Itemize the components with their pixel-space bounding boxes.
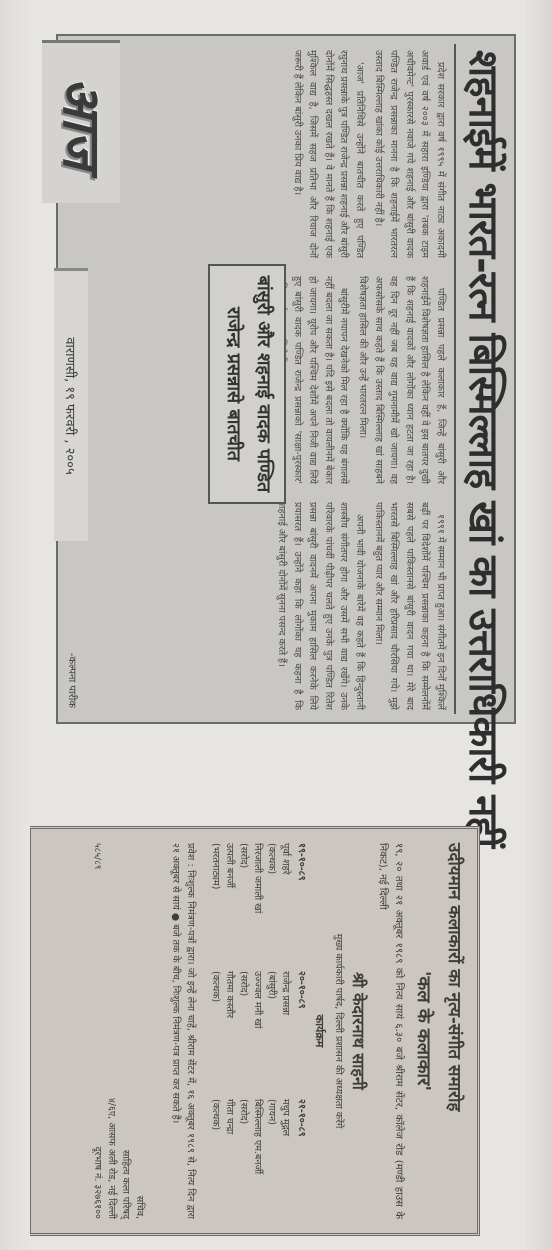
programme-item: निरजाली जमाली खां bbox=[250, 843, 264, 963]
announcement-code: ५८५/८९ bbox=[90, 843, 104, 869]
programme-item: उत्पली बनर्जी bbox=[222, 843, 236, 963]
chief-guest-note: मुख्य कार्यकारी पार्षद, दिल्ली प्रशासन क… bbox=[333, 843, 346, 1219]
programme-item: (कत्थक) bbox=[208, 1099, 222, 1219]
programme-item: गीता चन्द्रा bbox=[222, 1099, 236, 1219]
signature-block: सचिव, साहित्य कला परिषद् ४/६ए, आसफ अली र… bbox=[90, 1098, 146, 1219]
programme-item: (भरतनाट्यम) bbox=[208, 843, 222, 963]
programme-item: पूर्वा शहरे bbox=[278, 843, 292, 963]
entry-note: प्रवेश : निःशुल्क निमंत्रण-पत्रों द्वारा… bbox=[168, 843, 198, 1219]
newspaper-dateline: वाराणसी, १९ फरवरी , २००५ bbox=[54, 268, 88, 541]
programme-item: (गायन) bbox=[264, 1099, 278, 1219]
programme-item: बिस्मिल्लाह एम.बनर्जी bbox=[250, 1099, 264, 1219]
newspaper-masthead: आज bbox=[42, 40, 120, 203]
article-inset-box: बांसुरी और शहनाई वादक पण्डित राजेन्द्र प… bbox=[208, 264, 286, 504]
programme-date: २०-१०-८९ bbox=[294, 971, 308, 1091]
article-paragraph: पण्डित प्रसन्ना पहले कलाकार हैं, जिन्हें… bbox=[354, 276, 448, 484]
newspaper-article-clipping: शहनाईमें भारत-रत्न बिस्मिल्लाह खां का उत… bbox=[56, 34, 516, 724]
programme-item: (कत्थक) bbox=[208, 971, 222, 1091]
announcement-footer: ५८५/८९ सचिव, साहित्य कला परिषद् ४/६ए, आस… bbox=[90, 843, 146, 1219]
programme-item: (सरोद) bbox=[236, 843, 250, 963]
programme-item: (कत्थक) bbox=[264, 843, 278, 963]
programme-day: १९-१०-८९ पूर्वा शहरे (कत्थक) निरजाली जमा… bbox=[208, 843, 308, 963]
headline-rule bbox=[454, 44, 456, 714]
inset-line-2: राजेन्द्र प्रसन्नासे बातचीत bbox=[218, 266, 248, 502]
article-byline: -कल्पना पारीक bbox=[66, 653, 80, 708]
programme-item: मधुप मुद्गल bbox=[278, 1099, 292, 1219]
signature-phone: दूरभाष नं. ३२७६१०० bbox=[90, 1098, 104, 1219]
article-paragraph: १९९१ में सम्मान भी प्राप्त हुआ। संगीतमें… bbox=[370, 502, 448, 710]
article-paragraph: प्रदेश सरकार द्वारा वर्ष १९९५ में संगीत … bbox=[370, 50, 448, 258]
programme-date: १९-१०-८९ bbox=[294, 843, 308, 963]
event-announcement-clipping: उदीयमान कलाकारों का नृत्य-संगीत समारोह '… bbox=[28, 826, 480, 1236]
programme-item: उज्ज्वल मनी खां bbox=[250, 971, 264, 1091]
programme-item: (बांसुरी) bbox=[264, 971, 278, 1091]
event-title: उदीयमान कलाकारों का नृत्य-संगीत समारोह bbox=[444, 843, 467, 1219]
programme-item: (सरोद) bbox=[236, 971, 250, 1091]
inset-line-1: बांसुरी और शहनाई वादक पण्डित bbox=[248, 266, 278, 502]
event-subtitle: 'कल के कलाकार' bbox=[412, 843, 436, 1219]
programme-item: राजेन्द्र प्रसन्ना bbox=[278, 971, 292, 1091]
signature-address: ४/६ए, आसफ अली रोड, नई दिल्ली bbox=[104, 1098, 118, 1219]
programme-schedule: १९-१०-८९ पूर्वा शहरे (कत्थक) निरजाली जमा… bbox=[208, 843, 308, 1219]
programme-day: २१-१०-८९ मधुप मुद्गल (गायन) बिस्मिल्लाह … bbox=[208, 1099, 308, 1219]
signature-label: सचिव, bbox=[132, 1098, 146, 1219]
programme-item: (सरोद) bbox=[236, 1099, 250, 1219]
programme-heading: कार्यक्रम bbox=[312, 843, 327, 1219]
masthead-logo: आज bbox=[55, 77, 107, 169]
programme-item: गौतमा कस्तौर bbox=[222, 971, 236, 1091]
article-paragraph: अपनी भावी योजनाके बारेमें वह कहते हैं कि… bbox=[273, 502, 367, 710]
scanned-page: शहनाईमें भारत-रत्न बिस्मिल्लाह खां का उत… bbox=[0, 0, 552, 1250]
article-paragraph: 'आज' प्रतिनिधिसे उन्होंने बातचीत करते हु… bbox=[289, 50, 367, 258]
signature-org: साहित्य कला परिषद् bbox=[118, 1098, 132, 1219]
programme-date: २१-१०-८९ bbox=[294, 1099, 308, 1219]
article-headline: शहनाईमें भारत-रत्न बिस्मिल्लाह खां का उत… bbox=[458, 50, 508, 710]
event-intro: १९, २० तथा २१ अक्तूबर १९८९ को नित्य सायं… bbox=[374, 843, 406, 1219]
programme-day: २०-१०-८९ राजेन्द्र प्रसन्ना (बांसुरी) उज… bbox=[208, 971, 308, 1091]
chief-guest: श्री केदारनाथ साहनी bbox=[348, 843, 370, 1219]
